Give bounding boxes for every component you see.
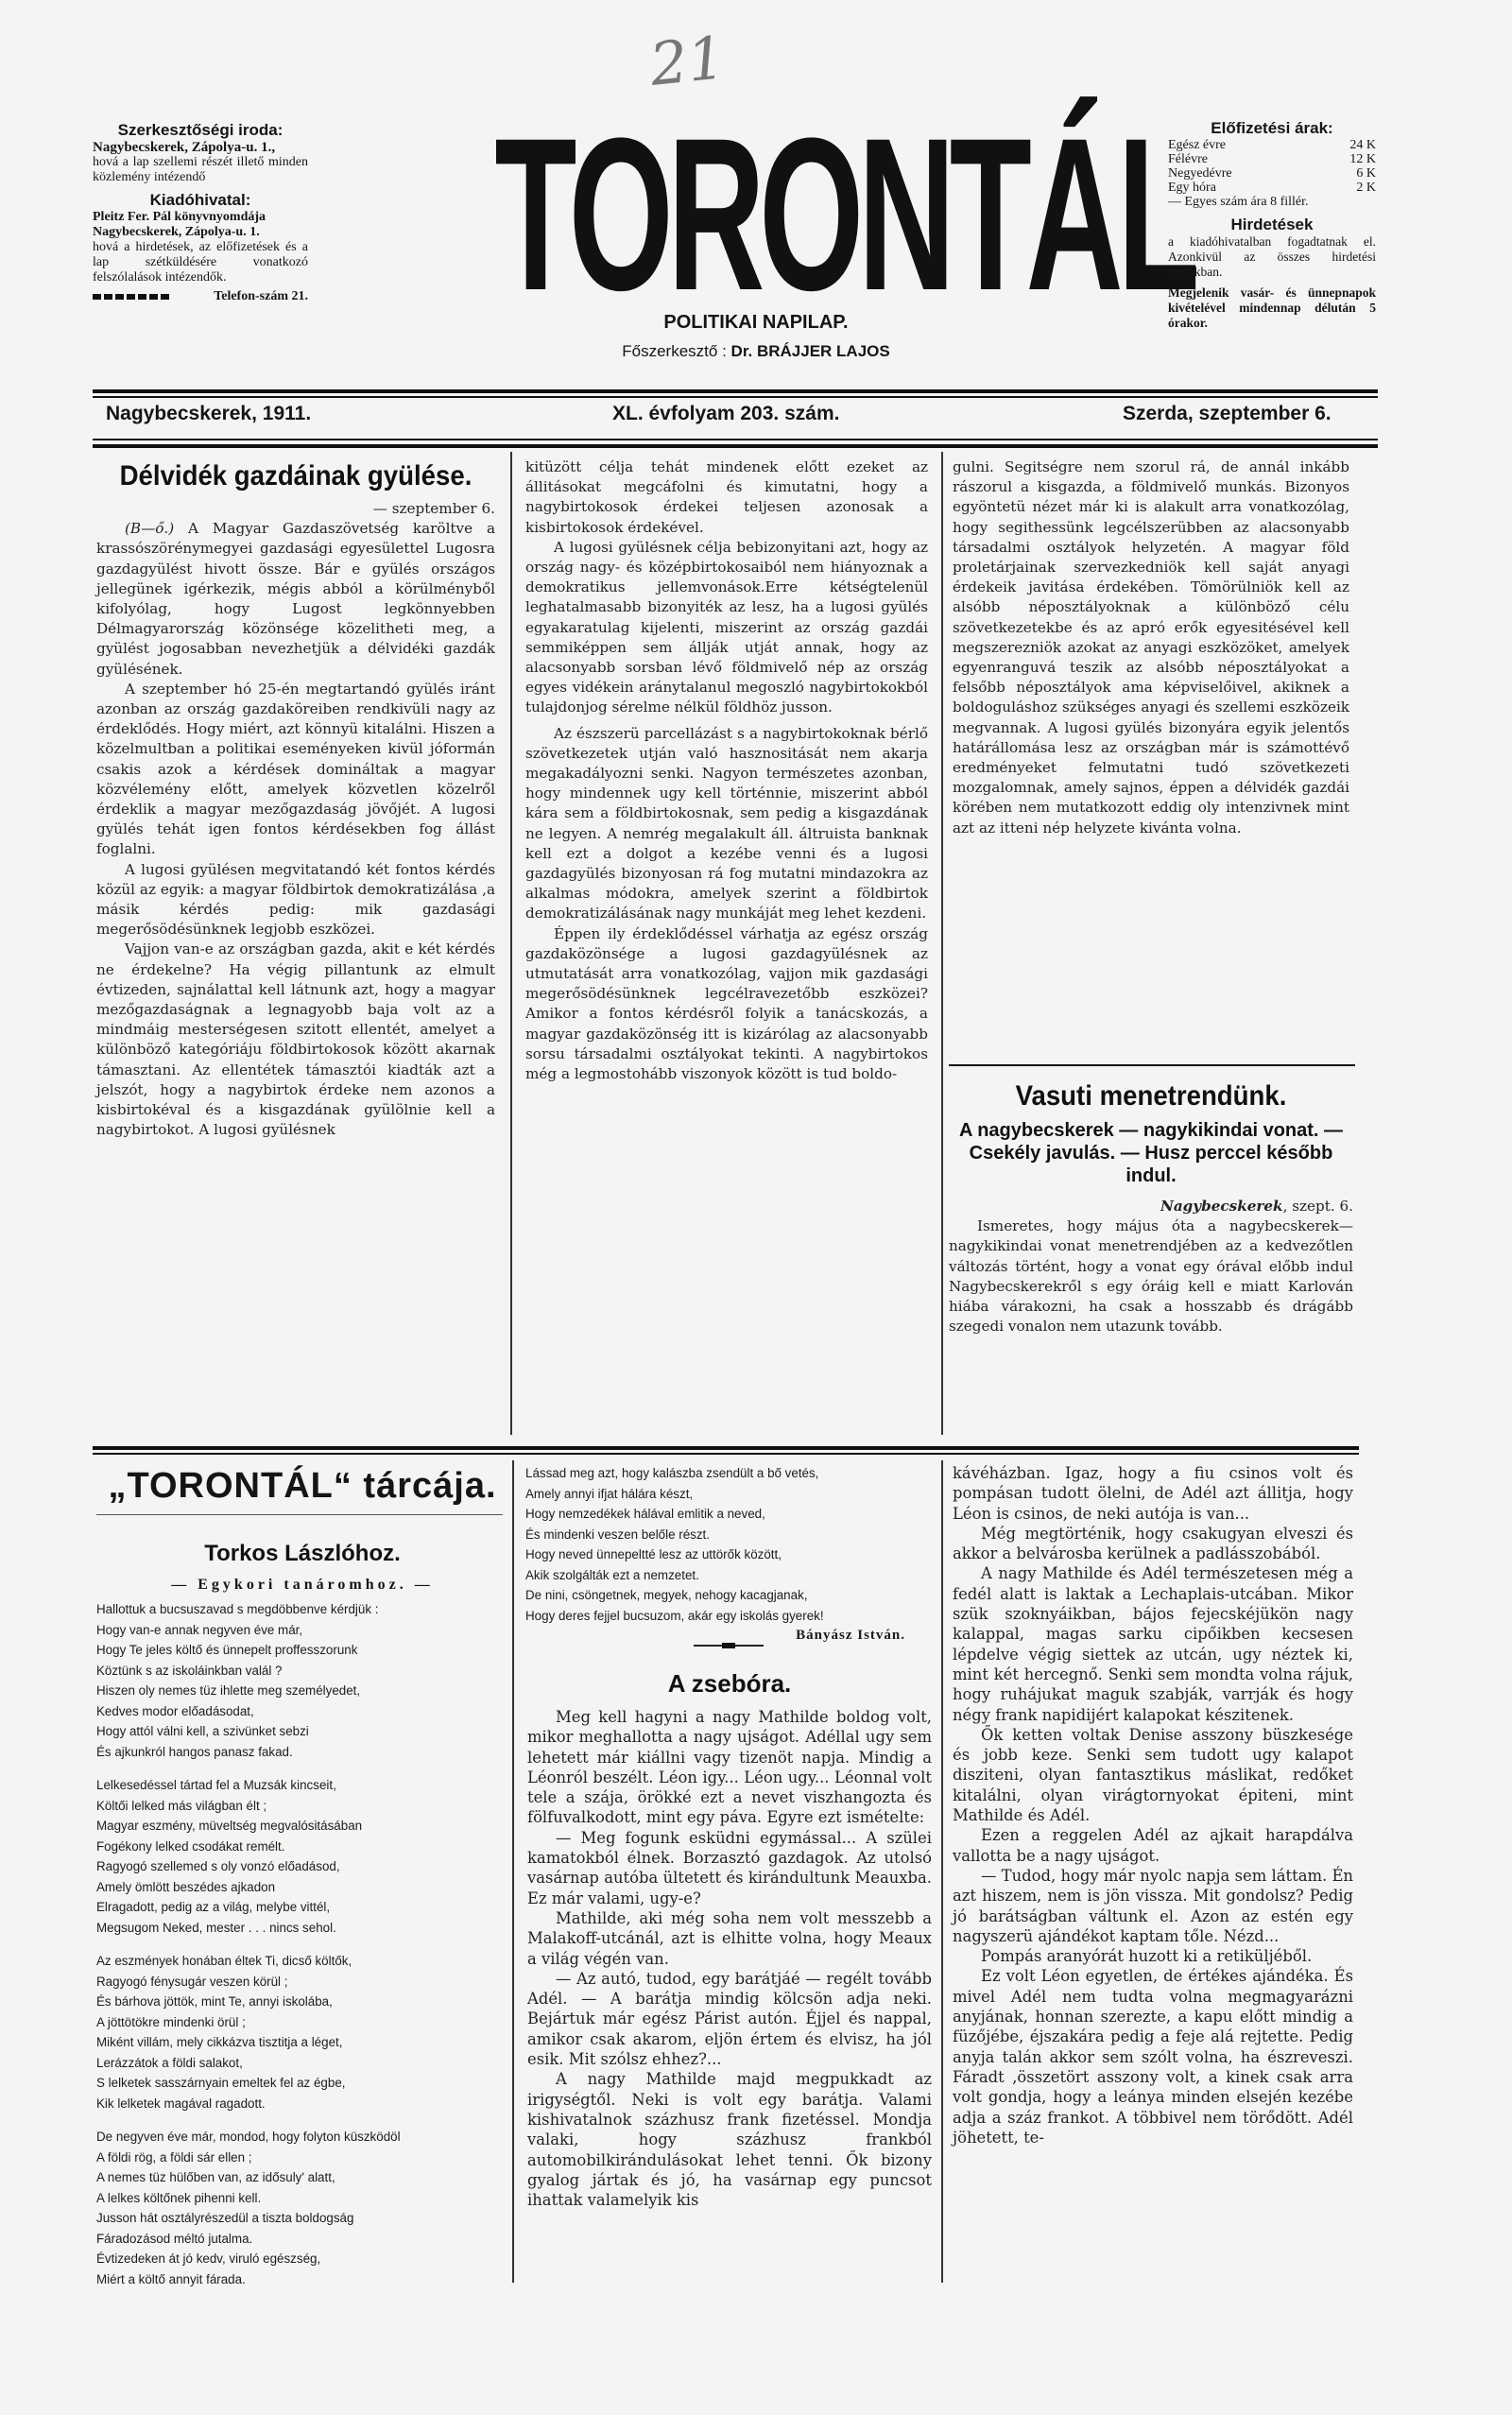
story-title: A zsebóra. bbox=[525, 1669, 934, 1699]
poem-dedication: — Egykori tanáromhoz. — bbox=[94, 1577, 510, 1594]
article-paragraph: kitüzött célja tehát mindenek előtt ezek… bbox=[525, 457, 928, 538]
editorial-office-box: Szerkesztőségi iroda: Nagybecskerek, Záp… bbox=[93, 123, 308, 304]
column-separator bbox=[941, 1460, 943, 2283]
story-column-2: Meg kell hagyni a nagy Mathilde boldog v… bbox=[527, 1707, 932, 2210]
article-vasuti: Vasuti menetrendünk. A nagybecskerek — n… bbox=[949, 1078, 1353, 1337]
story-paragraph: A nagy Mathilde majd megpukkadt az irigy… bbox=[527, 2069, 932, 2210]
article-delvidek-column-2: kitüzött célja tehát mindenek előtt ezek… bbox=[525, 457, 928, 1084]
story-paragraph: Pompás aranyórát huzott ki a retiküljébő… bbox=[953, 1946, 1353, 1966]
poem-line: Hogy attól válni kell, a szivünket sebzi bbox=[96, 1721, 508, 1742]
poem-line: Lássad meg azt, hogy kalászba zsendült a… bbox=[525, 1463, 934, 1484]
subscription-box: Előfizetési árak: Egész évre24 K Félévre… bbox=[1168, 121, 1376, 331]
article-delvidek-column-1: Délvidék gazdáinak gyülése. — szeptember… bbox=[96, 457, 495, 1141]
story-paragraph: — Tudod, hogy már nyolc napja sem láttam… bbox=[953, 1866, 1353, 1946]
poem-line: Megsugom Neked, mester . . . nincs sehol… bbox=[96, 1918, 508, 1939]
article-paragraph: Az észszerü parcellázást s a nagybirtoko… bbox=[525, 724, 928, 924]
article-paragraph: A szeptember hó 25-én megtartandó gyülés… bbox=[96, 680, 495, 860]
poem-line: Hogy deres fejjel bucsuzom, akár egy isk… bbox=[525, 1606, 934, 1627]
editor-name: Dr. BRÁJJER LAJOS bbox=[731, 342, 890, 360]
poem-stanza: Lelkesedéssel tártad fel a Muzsák kincse… bbox=[96, 1775, 508, 1938]
poem-line: Hogy Te jeles költő és ünnepelt proffess… bbox=[96, 1640, 508, 1661]
story-paragraph: Ez volt Léon egyetlen, de értékes ajándé… bbox=[953, 1966, 1353, 2148]
masthead-rule bbox=[93, 396, 1378, 398]
column-separator bbox=[510, 452, 512, 1435]
dateline-date: Szerda, szeptember 6. bbox=[1123, 403, 1332, 425]
story-paragraph: Meg kell hagyni a nagy Mathilde boldog v… bbox=[527, 1707, 932, 1828]
poem-line: Hiszen oly nemes tüz ihlette meg személy… bbox=[96, 1681, 508, 1701]
single-issue-price: — Egyes szám ára 8 fillér. bbox=[1168, 195, 1376, 210]
poem-column-2: Lássad meg azt, hogy kalászba zsendült a… bbox=[525, 1463, 934, 1647]
poem-line: Hogy neved ünnepeltté lesz az uttörők kö… bbox=[525, 1544, 934, 1565]
dateline-place-year: Nagybecskerek, 1911. bbox=[106, 403, 311, 425]
price-value: 2 K bbox=[1356, 181, 1376, 195]
section-rule bbox=[949, 1064, 1355, 1066]
article-subheadline: A nagybecskerek — nagykikindai vonat. — … bbox=[949, 1119, 1353, 1187]
poem-author: Bányász István. bbox=[525, 1626, 905, 1647]
feuilleton-heading: „TORONTÁL“ tárcája. bbox=[94, 1463, 510, 1509]
article-paragraph: (B—ő.) A Magyar Gazdaszövetség karöltve … bbox=[96, 519, 495, 680]
poem-line: Köztünk s az iskoláinkban valál ? bbox=[96, 1661, 508, 1682]
poem-line: Jusson hát osztályrészedül a tiszta bold… bbox=[96, 2208, 508, 2229]
poem-stanza: De negyven éve már, mondod, hogy folyton… bbox=[96, 2127, 508, 2289]
poem-line: És bárhova jöttök, mint Te, annyi iskolá… bbox=[96, 1992, 508, 2012]
article-paragraph: Ismeretes, hogy május óta a nagybecskere… bbox=[949, 1216, 1353, 1337]
dateline-rule bbox=[93, 444, 1378, 448]
poem-line: Hogy nemzedékek hálával emlitik a neved, bbox=[525, 1504, 934, 1525]
poem-line: Miért a költő annyit fárada. bbox=[96, 2269, 508, 2290]
story-paragraph: — Meg fogunk esküdni egymással... A szül… bbox=[527, 1828, 932, 1908]
dateline-rule bbox=[93, 439, 1378, 440]
poem-line: Ragyogó szellemed s oly vonzó előadásod, bbox=[96, 1856, 508, 1877]
poem-line: Lerázzátok a földi salakot, bbox=[96, 2053, 508, 2074]
story-paragraph: Mathilde, aki még soha nem volt messzebb… bbox=[527, 1908, 932, 1969]
poem-line: Fogékony lelked csodákat remélt. bbox=[96, 1837, 508, 1857]
editorial-office-heading: Szerkesztőségi iroda: bbox=[93, 123, 308, 138]
poem-line: Elragadott, pedig az a világ, melybe vit… bbox=[96, 1897, 508, 1918]
poem-title: Torkos Lászlóhoz. bbox=[94, 1541, 510, 1567]
article-paragraph: A lugosi gyülésnek célja bebizonyitani a… bbox=[525, 538, 928, 718]
story-paragraph: kávéházban. Igaz, hogy a fiu csinos volt… bbox=[953, 1463, 1353, 1524]
column-separator bbox=[941, 452, 943, 1435]
price-row: Egy hóra2 K bbox=[1168, 181, 1376, 195]
poem-line: És mindenki veszen belőle részt. bbox=[525, 1525, 934, 1545]
poem-line: Hallottuk a bucsuszavad s megdöbbenve ké… bbox=[96, 1599, 508, 1620]
editorial-office-address: Nagybecskerek, Zápolya-u. 1., bbox=[93, 140, 308, 155]
publisher-text: hová a hirdetések, az előfizetések és a … bbox=[93, 240, 308, 285]
subscription-heading: Előfizetési árak: bbox=[1168, 121, 1376, 136]
ads-text: a kiadóhivatalban fogadtatnak el. Azonki… bbox=[1168, 234, 1376, 280]
poem-line: De negyven éve már, mondod, hogy folyton… bbox=[96, 2127, 508, 2148]
poem-line: Akik szolgálták ezt a nemzetet. bbox=[525, 1565, 934, 1586]
price-value: 6 K bbox=[1356, 166, 1376, 181]
masthead-rule bbox=[93, 389, 1378, 393]
price-row: Egész évre24 K bbox=[1168, 138, 1376, 152]
poem-line: Évtizedeken át jó kedv, viruló egészség, bbox=[96, 2249, 508, 2269]
poem-line: Fáradozásod méltó jutalma. bbox=[96, 2229, 508, 2250]
price-label: Egy hóra bbox=[1168, 181, 1216, 195]
poem-line: A földi rög, a földi sár ellen ; bbox=[96, 2148, 508, 2168]
price-row: Negyedévre6 K bbox=[1168, 166, 1376, 181]
story-paragraph: — Az autó, tudod, egy barátjáé — regélt … bbox=[527, 1969, 932, 2069]
publication-schedule: Megjelenik vasár- és ünnepnapok kivételé… bbox=[1168, 285, 1376, 331]
poem-line: Lelkesedéssel tártad fel a Muzsák kincse… bbox=[96, 1775, 508, 1796]
poem-line: Kedves modor előadásodat, bbox=[96, 1701, 508, 1722]
newspaper-title: TORONTÁL bbox=[494, 106, 998, 323]
article-headline: Délvidék gazdáinak gyülése. bbox=[112, 457, 479, 495]
heading-underline bbox=[96, 1514, 503, 1515]
poem-column-1: Hallottuk a bucsuszavad s megdöbbenve ké… bbox=[96, 1599, 508, 2303]
poem-line: De nini, csöngetnek, megyek, nehogy kaca… bbox=[525, 1585, 934, 1606]
price-label: Félévre bbox=[1168, 152, 1208, 166]
article-paragraph: A lugosi gyülésen megvitatandó két fonto… bbox=[96, 860, 495, 940]
poem-line: A jöttötökre mindenki örül ; bbox=[96, 2012, 508, 2033]
article-date: — szeptember 6. bbox=[96, 499, 495, 519]
dateline-place: Nagybecskerek bbox=[1160, 1198, 1283, 1215]
publisher-name: Pleitz Fer. Pál könyvnyomdája bbox=[93, 210, 308, 225]
poem-line: Amely annyi ifjat hálára készt, bbox=[525, 1484, 934, 1505]
publisher-heading: Kiadóhivatal: bbox=[93, 193, 308, 208]
section-ornament-center bbox=[722, 1643, 735, 1648]
price-value: 24 K bbox=[1349, 138, 1376, 152]
story-column-3: kávéházban. Igaz, hogy a fiu csinos volt… bbox=[953, 1463, 1353, 2148]
poem-line: És ajkunkról hangos panasz fakad. bbox=[96, 1742, 508, 1763]
author-initials: (B—ő.) bbox=[125, 520, 174, 537]
handwritten-page-number: 21 bbox=[646, 23, 728, 99]
poem-line: S lelketek sasszárnyain emeltek fel az é… bbox=[96, 2073, 508, 2094]
poem-line: Költői lelked más világban élt ; bbox=[96, 1796, 508, 1817]
poem-line: Az eszmények honában éltek Ti, dicső köl… bbox=[96, 1951, 508, 1972]
price-label: Egész évre bbox=[1168, 138, 1226, 152]
article-paragraph: Éppen ily érdeklődéssel várhatja az egés… bbox=[525, 924, 928, 1085]
poem-line: Kik lelketek magával ragadott. bbox=[96, 2094, 508, 2114]
poem-line: Amely ömlött beszédes ajkadon bbox=[96, 1877, 508, 1898]
poem-line: Miként villám, mely cikkázva tisztitja a… bbox=[96, 2032, 508, 2053]
story-paragraph: Még megtörténik, hogy csakugyan elveszi … bbox=[953, 1524, 1353, 1564]
story-paragraph: A nagy Mathilde és Adél természetesen mé… bbox=[953, 1563, 1353, 1724]
feuilleton-rule bbox=[93, 1453, 1359, 1455]
story-paragraph: Ők ketten voltak Denise asszony büszkesé… bbox=[953, 1725, 1353, 1825]
phone-number: Telefon-szám 21. bbox=[214, 289, 308, 304]
price-row: Félévre12 K bbox=[1168, 152, 1376, 166]
poem-line: Magyar eszmény, müveltség megvalósitásáb… bbox=[96, 1816, 508, 1837]
article-paragraph: Vajjon van-e az országban gazda, akit e … bbox=[96, 940, 495, 1140]
story-paragraph: Ezen a reggelen Adél az ajkait harapdálv… bbox=[953, 1825, 1353, 1866]
publisher-address: Nagybecskerek, Zápolya-u. 1. bbox=[93, 225, 308, 240]
ornament-bar bbox=[93, 294, 172, 300]
poem-line: Ragyogó fénysugár veszen körül ; bbox=[96, 1972, 508, 1992]
newspaper-subtitle: POLITIKAI NAPILAP. bbox=[529, 312, 983, 334]
article-headline: Vasuti menetrendünk. bbox=[965, 1078, 1337, 1115]
dateline-volume: XL. évfolyam 203. szám. bbox=[612, 403, 839, 425]
feuilleton-rule bbox=[93, 1446, 1359, 1450]
editorial-office-text: hová a lap szellemi részét illető minden… bbox=[93, 155, 308, 185]
article-delvidek-column-3: gulni. Segitségre nem szorul rá, de anná… bbox=[953, 457, 1349, 838]
poem-line: Hogy van-e annak negyven éve már, bbox=[96, 1620, 508, 1641]
poem-stanza: Hallottuk a bucsuszavad s megdöbbenve ké… bbox=[96, 1599, 508, 1762]
editor-label: Főszerkesztő : bbox=[622, 342, 727, 360]
dateline-date: , szept. 6. bbox=[1283, 1198, 1353, 1215]
price-label: Negyedévre bbox=[1168, 166, 1232, 181]
price-value: 12 K bbox=[1349, 152, 1376, 166]
editor-in-chief: Főszerkesztő : Dr. BRÁJJER LAJOS bbox=[491, 342, 1021, 361]
poem-line: A lelkes költőnek pihenni kell. bbox=[96, 2188, 508, 2209]
paragraph-text: A Magyar Gazdaszövetség karöltve a krass… bbox=[96, 520, 495, 677]
column-separator bbox=[512, 1460, 514, 2283]
article-dateline: Nagybecskerek, szept. 6. bbox=[949, 1197, 1353, 1216]
poem-stanza: Az eszmények honában éltek Ti, dicső köl… bbox=[96, 1951, 508, 2113]
poem-line: A nemes tüz hülőben van, az idősuly' ala… bbox=[96, 2167, 508, 2188]
ads-heading: Hirdetések bbox=[1168, 217, 1376, 233]
article-paragraph: gulni. Segitségre nem szorul rá, de anná… bbox=[953, 457, 1349, 838]
